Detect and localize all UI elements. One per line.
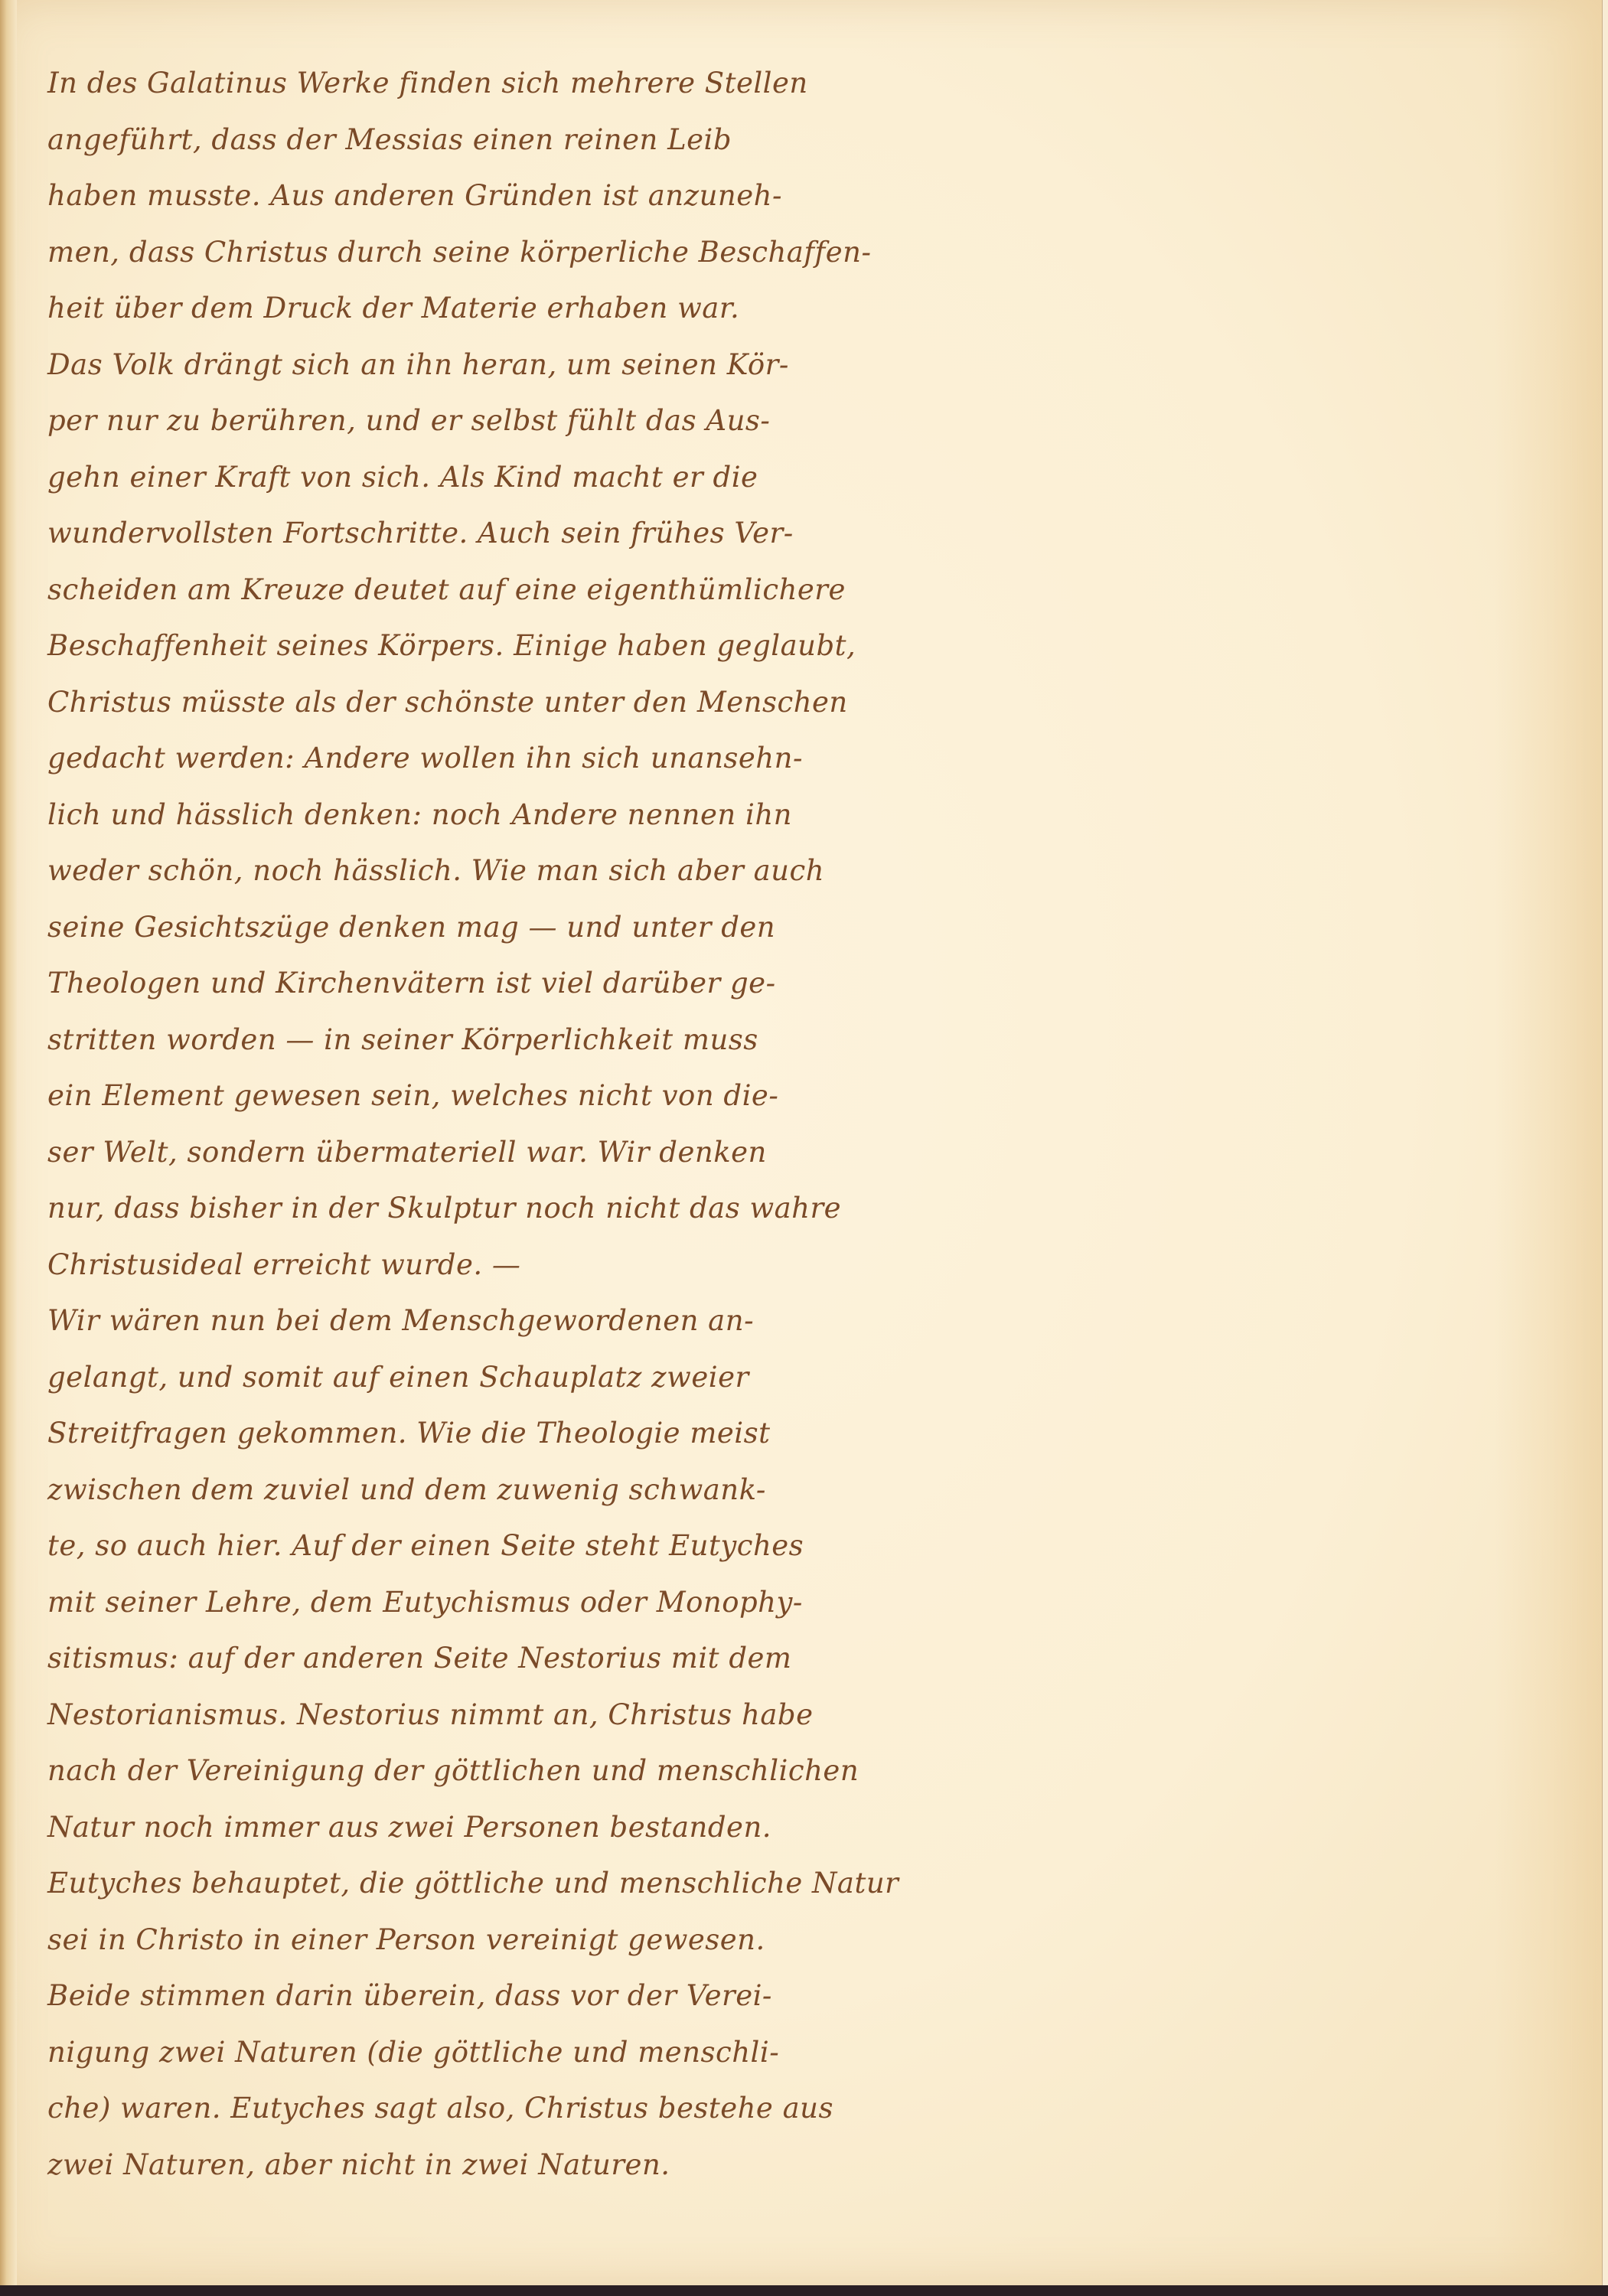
text-line: Nestorianismus. Nestorius nimmt an, Chri…: [47, 1687, 874, 1743]
text-line: gelangt, und somit auf einen Schauplatz …: [47, 1349, 874, 1406]
text-line: zwischen dem zuviel und dem zuwenig schw…: [47, 1462, 874, 1518]
text-line: nach der Vereinigung der göttlichen und …: [47, 1743, 874, 1799]
text-line: sei in Christo in einer Person vereinigt…: [47, 1912, 874, 1968]
text-line: Das Volk drängt sich an ihn heran, um se…: [47, 337, 874, 393]
text-line: te, so auch hier. Auf der einen Seite st…: [47, 1518, 874, 1574]
text-line: In des Galatinus Werke finden sich mehre…: [47, 55, 874, 112]
text-line: lich und hässlich denken: noch Andere ne…: [47, 787, 874, 843]
text-line: gehn einer Kraft von sich. Als Kind mach…: [47, 449, 874, 506]
text-line: Christus müsste als der schönste unter d…: [47, 674, 874, 731]
text-line: heit über dem Druck der Materie erhaben …: [47, 280, 874, 337]
adjacent-page-edge: [1602, 0, 1608, 2296]
text-line: seine Gesichtszüge denken mag — und unte…: [47, 899, 874, 956]
text-line: Wir wären nun bei dem Menschgewordenen a…: [47, 1293, 874, 1349]
text-line: zwei Naturen, aber nicht in zwei Naturen…: [47, 2137, 874, 2193]
text-line: Natur noch immer aus zwei Personen besta…: [47, 1799, 874, 1856]
text-line: ser Welt, sondern übermateriell war. Wir…: [47, 1124, 874, 1181]
text-line: ein Element gewesen sein, welches nicht …: [47, 1068, 874, 1124]
text-line: scheiden am Kreuze deutet auf eine eigen…: [47, 562, 874, 618]
text-line: angeführt, dass der Messias einen reinen…: [47, 112, 874, 168]
text-line: Christusideal erreicht wurde. —: [47, 1237, 874, 1293]
text-line: mit seiner Lehre, dem Eutychismus oder M…: [47, 1574, 874, 1631]
text-line: nigung zwei Naturen (die göttliche und m…: [47, 2024, 874, 2081]
text-line: men, dass Christus durch seine körperlic…: [47, 224, 874, 281]
book-cover-edge: [0, 2285, 1608, 2296]
text-line: Theologen und Kirchenvätern ist viel dar…: [47, 955, 874, 1012]
manuscript-page: In des Galatinus Werke finden sich mehre…: [0, 0, 1602, 2285]
text-line: weder schön, noch hässlich. Wie man sich…: [47, 843, 874, 899]
text-line: nur, dass bisher in der Skulptur noch ni…: [47, 1180, 874, 1237]
text-line: gedacht werden: Andere wollen ihn sich u…: [47, 730, 874, 787]
text-line: Streitfragen gekommen. Wie die Theologie…: [47, 1405, 874, 1462]
text-line: Beide stimmen darin überein, dass vor de…: [47, 1968, 874, 2024]
text-line: sitismus: auf der anderen Seite Nestoriu…: [47, 1630, 874, 1687]
text-line: Eutyches behauptet, die göttliche und me…: [47, 1855, 874, 1912]
handwritten-text-block: In des Galatinus Werke finden sich mehre…: [47, 55, 874, 2193]
text-line: Beschaffenheit seines Körpers. Einige ha…: [47, 618, 874, 674]
text-line: stritten worden — in seiner Körperlichke…: [47, 1012, 874, 1068]
text-line: che) waren. Eutyches sagt also, Christus…: [47, 2080, 874, 2137]
text-line: per nur zu berühren, und er selbst fühlt…: [47, 393, 874, 449]
text-line: wundervollsten Fortschritte. Auch sein f…: [47, 505, 874, 562]
text-line: haben musste. Aus anderen Gründen ist an…: [47, 168, 874, 224]
